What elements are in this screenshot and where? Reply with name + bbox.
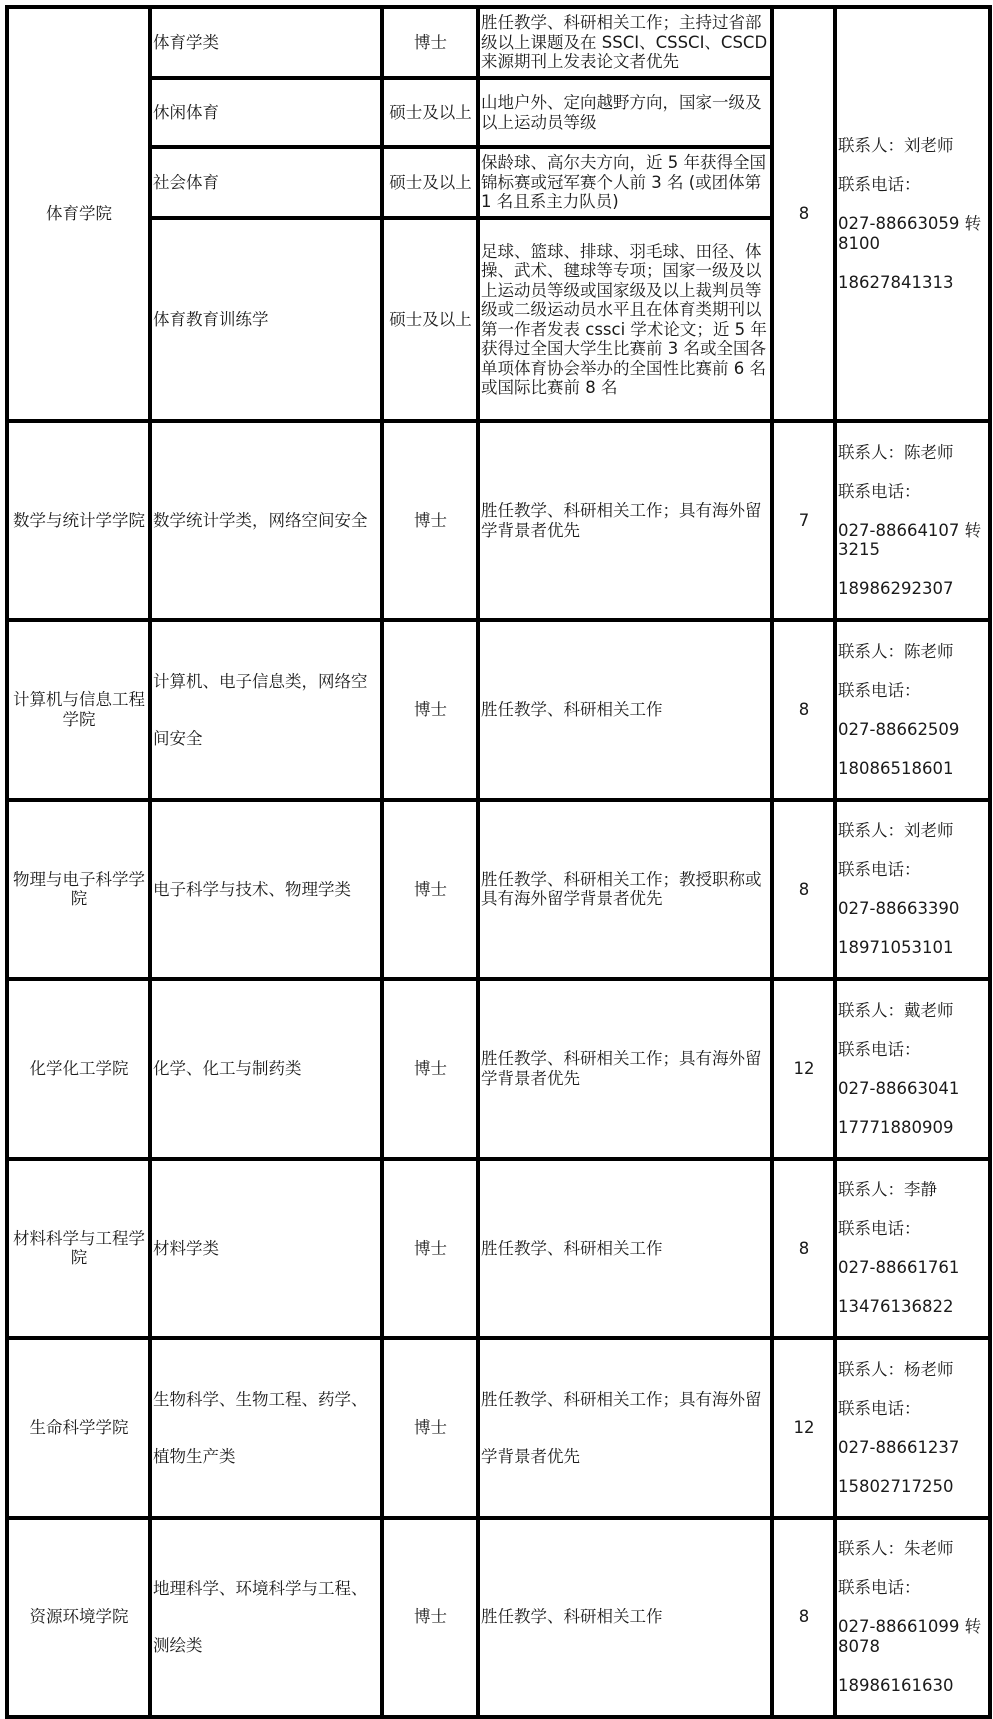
college-cell: 材料科学与工程学院	[7, 1159, 150, 1228]
contact-phone: 027-88663041	[838, 1079, 988, 1099]
major-cell: 社会体育	[150, 147, 382, 218]
contact-cell: 联系人：陈老师 联系电话： 027-88662509 18086518601	[835, 620, 990, 800]
contact-person: 联系人：陈老师	[838, 443, 988, 463]
contact-mobile: 18986292307	[838, 579, 988, 599]
college-cell: 物理与电子科学学院	[7, 800, 150, 980]
contact-cell: 联系人：刘老师 联系电话： 027-88663059 转 8100 186278…	[835, 7, 990, 421]
contact-phone: 027-88663390	[838, 899, 988, 919]
recruitment-table: 体育学院 体育学类 博士 胜任教学、科研相关工作；主持过省部级以上课题及在 SS…	[5, 5, 992, 1227]
major-cell: 计算机、电子信息类，网络空间安全	[150, 620, 382, 800]
degree-cell: 硕士及以上	[382, 147, 478, 218]
major-cell: 化学、化工与制药类	[150, 979, 382, 1159]
table-row: 计算机与信息工程学院 计算机、电子信息类，网络空间安全 博士 胜任教学、科研相关…	[7, 620, 990, 800]
college-cell: 化学化工学院	[7, 979, 150, 1159]
count-cell: 8	[772, 620, 835, 800]
contact-mobile: 18971053101	[838, 938, 988, 958]
contact-phone-label: 联系电话：	[838, 482, 988, 502]
requirements-cell: 山地户外、定向越野方向，国家一级及以上运动员等级	[478, 78, 772, 147]
major-cell: 数学统计学类，网络空间安全	[150, 421, 382, 620]
requirements-cell: 胜任教学、科研相关工作	[478, 1159, 772, 1228]
count-cell: 12	[772, 979, 835, 1159]
requirements-cell: 足球、篮球、排球、羽毛球、田径、体操、武术、毽球等专项；国家一级及以上运动员等级…	[478, 218, 772, 421]
requirements-cell: 胜任教学、科研相关工作；主持过省部级以上课题及在 SSCI、CSSCI、CSCD…	[478, 7, 772, 78]
count-cell: 7	[772, 421, 835, 620]
table-row: 物理与电子科学学院 电子科学与技术、物理学类 博士 胜任教学、科研相关工作；教授…	[7, 800, 990, 980]
degree-cell: 博士	[382, 1159, 478, 1228]
major-cell: 材料学类	[150, 1159, 382, 1228]
table-row: 体育学院 体育学类 博士 胜任教学、科研相关工作；主持过省部级以上课题及在 SS…	[7, 7, 990, 78]
table-row: 数学与统计学学院 数学统计学类，网络空间安全 博士 胜任教学、科研相关工作；具有…	[7, 421, 990, 620]
degree-cell: 博士	[382, 979, 478, 1159]
major-cell: 体育教育训练学	[150, 218, 382, 421]
contact-cell: 联系人：李静 联系电话： 027-88661761 13476136822	[835, 1159, 990, 1228]
contact-phone-label: 联系电话：	[838, 1040, 988, 1060]
count-cell: 8	[772, 800, 835, 980]
contact-person: 联系人：李静	[838, 1180, 988, 1200]
contact-mobile: 17771880909	[838, 1118, 988, 1138]
contact-phone: 027-88664107 转 3215	[838, 521, 988, 560]
contact-cell: 联系人：戴老师 联系电话： 027-88663041 17771880909	[835, 979, 990, 1159]
major-cell: 体育学类	[150, 7, 382, 78]
degree-cell: 博士	[382, 421, 478, 620]
college-cell: 体育学院	[7, 7, 150, 421]
degree-cell: 硕士及以上	[382, 218, 478, 421]
contact-mobile: 18627841313	[838, 273, 988, 293]
contact-mobile: 18086518601	[838, 759, 988, 779]
contact-phone: 027-88662509	[838, 720, 988, 740]
contact-person: 联系人：刘老师	[838, 136, 988, 156]
major-cell: 休闲体育	[150, 78, 382, 147]
contact-phone-label: 联系电话：	[838, 860, 988, 880]
contact-phone: 027-88663059 转 8100	[838, 214, 988, 253]
contact-person: 联系人：戴老师	[838, 1001, 988, 1021]
contact-cell: 联系人：陈老师 联系电话： 027-88664107 转 3215 189862…	[835, 421, 990, 620]
degree-cell: 博士	[382, 620, 478, 800]
table-row: 材料科学与工程学院 材料学类 博士 胜任教学、科研相关工作 8 联系人：李静 联…	[7, 1159, 990, 1228]
contact-phone-label: 联系电话：	[838, 681, 988, 701]
requirements-cell: 保龄球、高尔夫方向，近 5 年获得全国锦标赛或冠军赛个人前 3 名 (或团体第 …	[478, 147, 772, 218]
table-row: 化学化工学院 化学、化工与制药类 博士 胜任教学、科研相关工作；具有海外留学背景…	[7, 979, 990, 1159]
requirements-cell: 胜任教学、科研相关工作	[478, 620, 772, 800]
contact-person: 联系人：刘老师	[838, 821, 988, 841]
count-cell: 8	[772, 7, 835, 421]
requirements-cell: 胜任教学、科研相关工作；教授职称或具有海外留学背景者优先	[478, 800, 772, 980]
degree-cell: 博士	[382, 7, 478, 78]
requirements-cell: 胜任教学、科研相关工作；具有海外留学背景者优先	[478, 979, 772, 1159]
contact-phone-label: 联系电话：	[838, 1219, 988, 1227]
major-cell: 电子科学与技术、物理学类	[150, 800, 382, 980]
contact-phone-label: 联系电话：	[838, 175, 988, 195]
requirements-cell: 胜任教学、科研相关工作；具有海外留学背景者优先	[478, 421, 772, 620]
college-cell: 计算机与信息工程学院	[7, 620, 150, 800]
contact-person: 联系人：陈老师	[838, 642, 988, 662]
count-cell: 8	[772, 1159, 835, 1228]
degree-cell: 博士	[382, 800, 478, 980]
degree-cell: 硕士及以上	[382, 78, 478, 147]
contact-cell: 联系人：刘老师 联系电话： 027-88663390 18971053101	[835, 800, 990, 980]
college-cell: 数学与统计学学院	[7, 421, 150, 620]
